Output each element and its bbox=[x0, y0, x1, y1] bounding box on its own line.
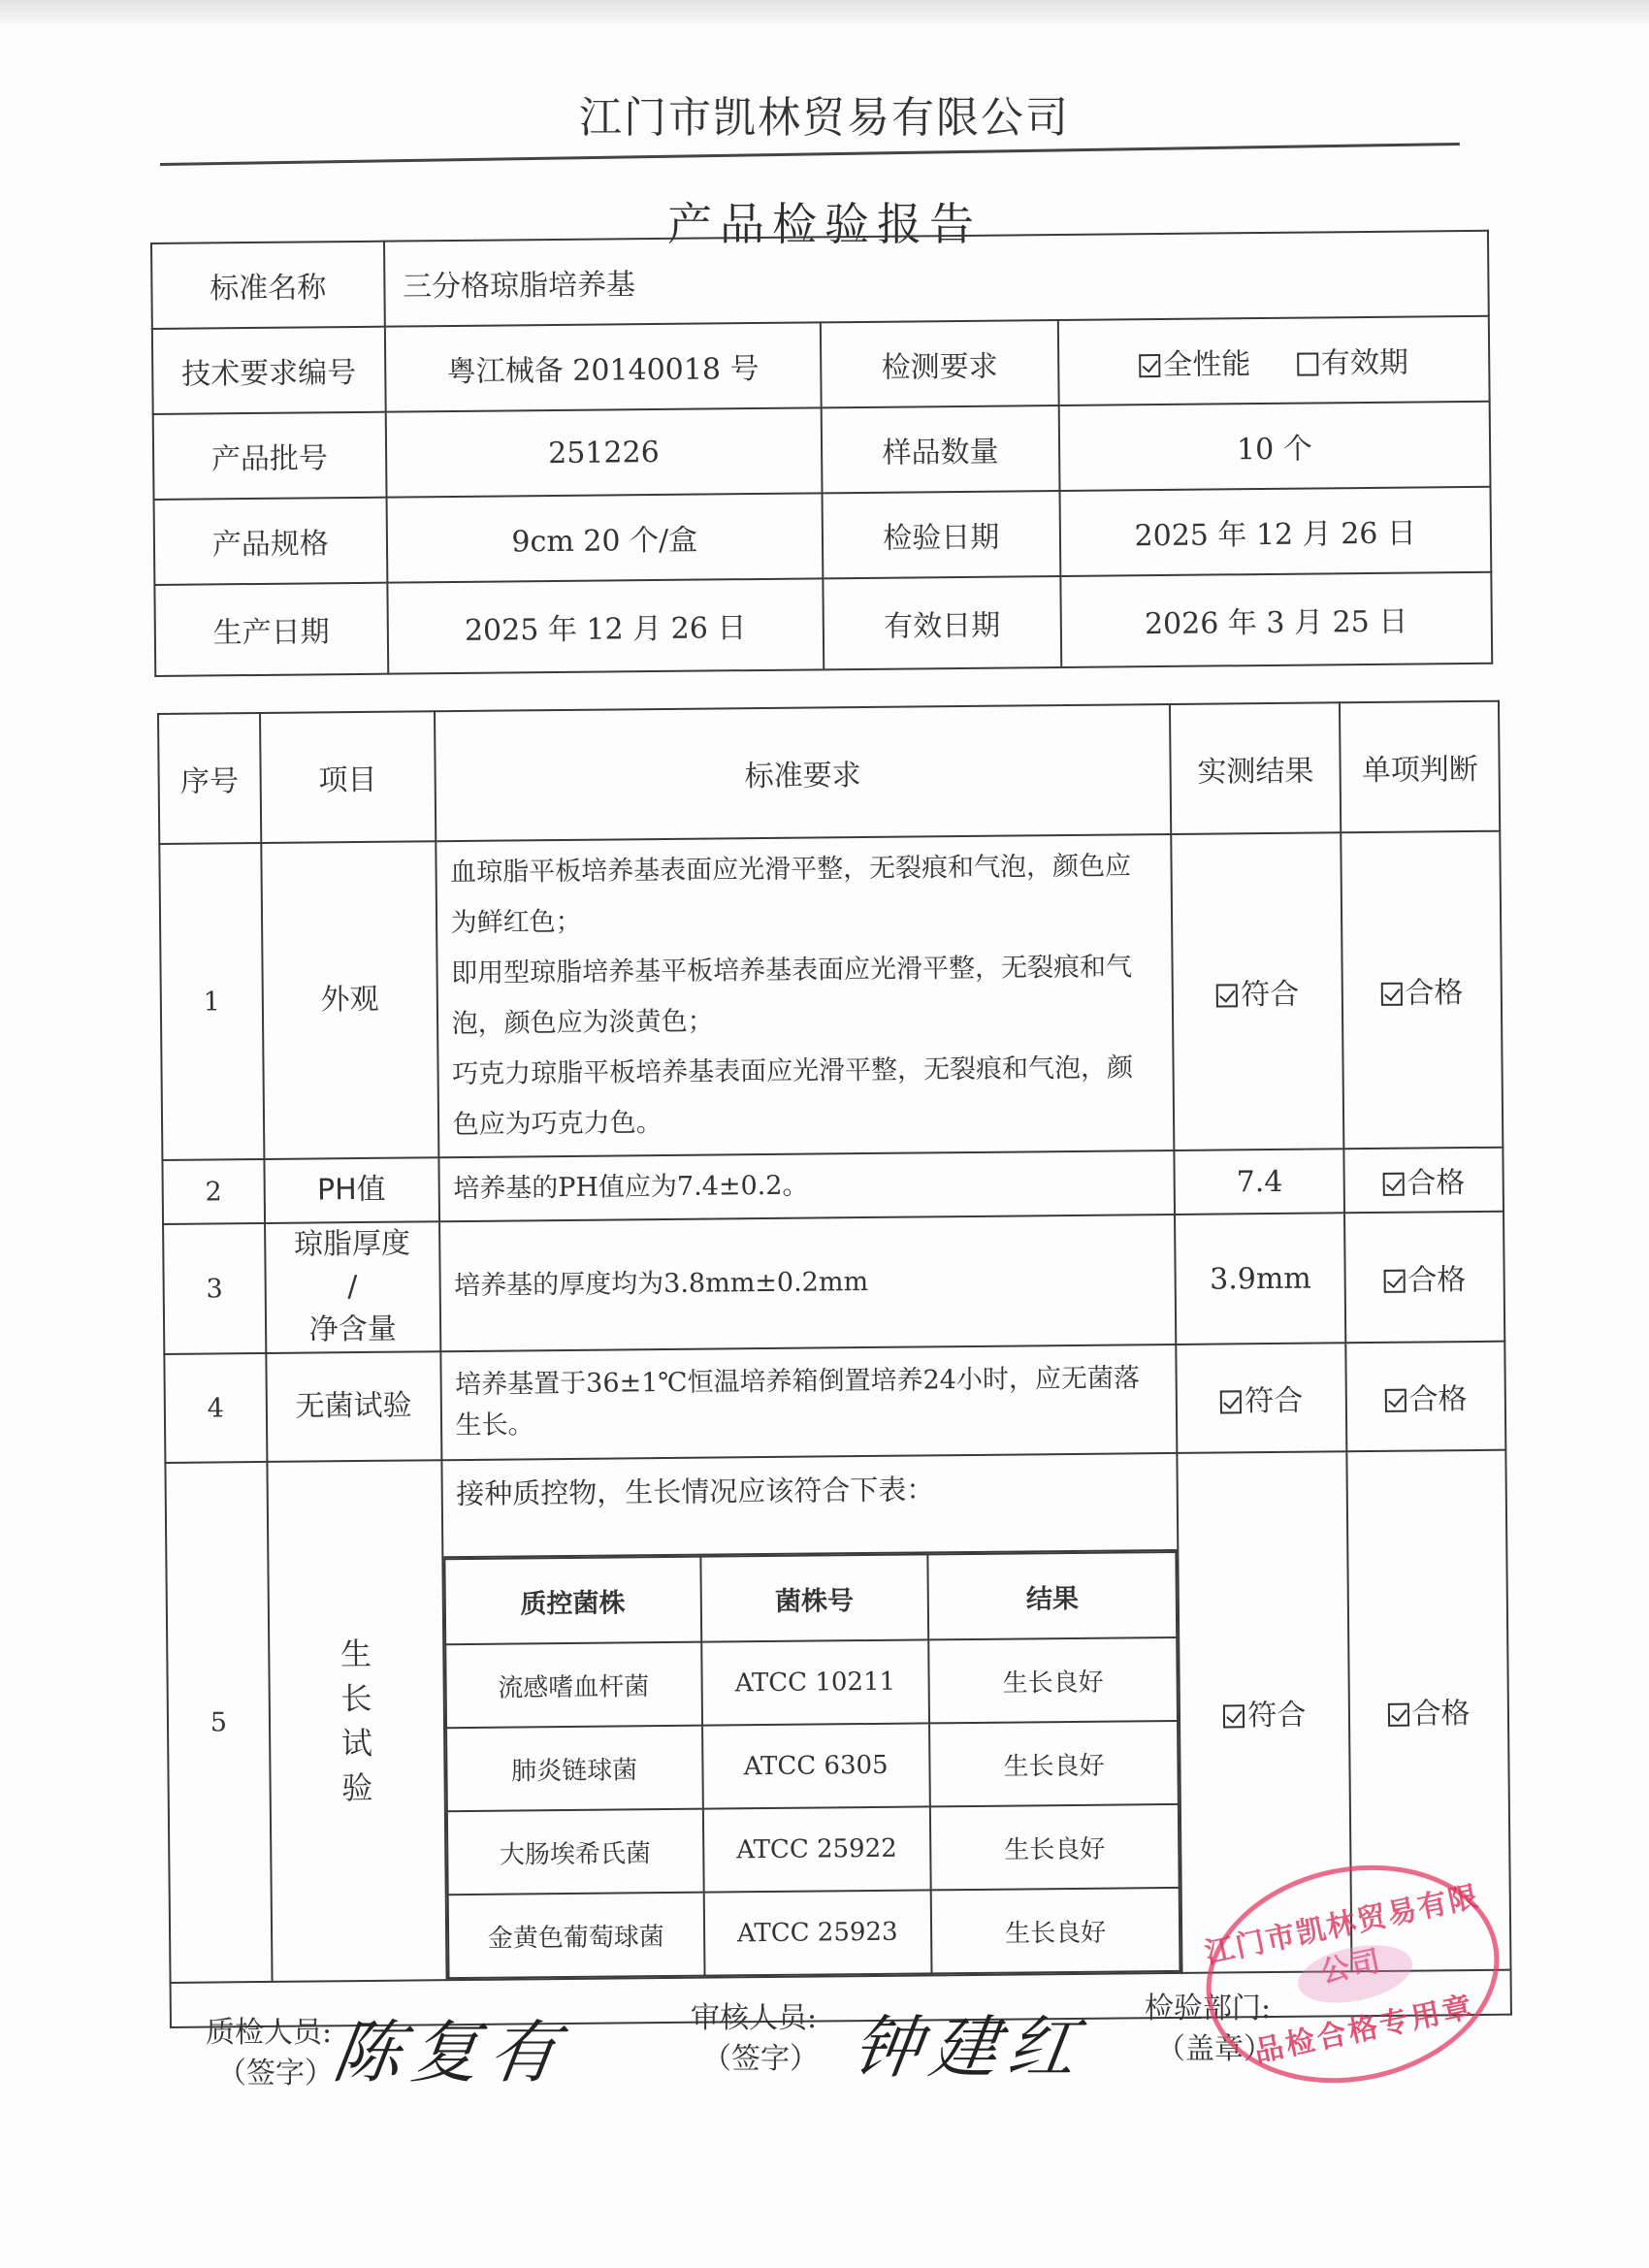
row-item: PH值 bbox=[264, 1157, 438, 1223]
inspector-sub-label: （签字） bbox=[206, 2054, 334, 2094]
inspect-date-label: 检验日期 bbox=[823, 491, 1060, 578]
table-row: 4 无菌试验 培养基置于36±1℃恒温培养箱倒置培养24小时，应无菌落生长。 符… bbox=[164, 1342, 1505, 1463]
strain-name: 肺炎链球菌 bbox=[446, 1726, 703, 1812]
expiry-value: 2026 年 3 月 25 日 bbox=[1060, 572, 1492, 667]
strain-name: 流感嗜血杆菌 bbox=[445, 1642, 702, 1729]
checkbox-checked-icon[interactable] bbox=[1382, 1173, 1404, 1196]
test-req-options: 全性能 有效期 bbox=[1057, 316, 1489, 405]
row-requirement: 血琼脂平板培养基表面应光滑平整，无裂痕和气泡，颜色应为鲜红色； 即用型琼脂培养基… bbox=[436, 834, 1175, 1157]
row-no: 1 bbox=[159, 843, 264, 1160]
company-name: 江门市凯林贸易有限公司 bbox=[0, 82, 1649, 145]
inspector-signature: 陈复有 bbox=[328, 1998, 574, 2096]
strain-result: 生长良好 bbox=[928, 1637, 1178, 1723]
row-judgement: 合格 bbox=[1341, 831, 1503, 1150]
row-requirement: 培养基的PH值应为7.4±0.2。 bbox=[438, 1150, 1175, 1221]
strain-result: 生长良好 bbox=[930, 1888, 1180, 1973]
scan-edge-shadow bbox=[0, 0, 1649, 29]
row-item: 生 长 试 验 bbox=[267, 1460, 446, 1982]
row-requirement: 培养基的厚度均为3.8mm±0.2mm bbox=[439, 1215, 1177, 1351]
validity-option[interactable]: 有效期 bbox=[1297, 346, 1408, 381]
strain-header: 结果 bbox=[927, 1552, 1178, 1639]
strain-header: 菌株号 bbox=[700, 1554, 928, 1641]
test-req-label: 检测要求 bbox=[821, 320, 1058, 407]
strain-result: 生长良好 bbox=[930, 1804, 1180, 1890]
strain-row: 金黄色葡萄球菌 ATCC 25923 生长良好 bbox=[447, 1888, 1180, 1978]
tech-no-value: 粤江械备 20140018 号 bbox=[384, 322, 821, 411]
row-item: 琼脂厚度 / 净含量 bbox=[265, 1221, 440, 1353]
row-result: 符合 bbox=[1172, 832, 1344, 1150]
strain-row: 流感嗜血杆菌 ATCC 10211 生长良好 bbox=[445, 1637, 1179, 1728]
strain-id: ATCC 25923 bbox=[703, 1890, 931, 1975]
row-judgement: 合格 bbox=[1344, 1212, 1504, 1344]
row-requirement: 培养基置于36±1℃恒温培养箱倒置培养24小时，应无菌落生长。 bbox=[440, 1345, 1178, 1460]
strain-id: ATCC 10211 bbox=[701, 1639, 929, 1725]
checkbox-checked-icon[interactable] bbox=[1384, 1389, 1406, 1412]
row-judgement: 合格 bbox=[1346, 1342, 1506, 1452]
inspector-signature-block: 质检人员: （签字） bbox=[206, 2013, 334, 2094]
standard-name-label: 标准名称 bbox=[151, 242, 384, 329]
strain-id: ATCC 6305 bbox=[702, 1723, 930, 1808]
strain-header-row: 质控菌株 菌株号 结果 bbox=[444, 1552, 1178, 1644]
header-result: 实测结果 bbox=[1170, 702, 1341, 834]
batch-value: 251226 bbox=[385, 407, 822, 497]
row-item: 外观 bbox=[261, 841, 438, 1159]
header-no: 序号 bbox=[158, 713, 261, 844]
product-info-table: 标准名称 三分格琼脂培养基 技术要求编号 粤江械备 20140018 号 检测要… bbox=[150, 230, 1493, 677]
inspection-table: 序号 项目 标准要求 实测结果 单项判断 1 外观 血琼脂平板培养基表面应光滑平… bbox=[157, 700, 1512, 2028]
checkbox-checked-icon[interactable] bbox=[1139, 354, 1160, 377]
checkbox-checked-icon[interactable] bbox=[1223, 1704, 1245, 1728]
spec-value: 9cm 20 个/盒 bbox=[386, 493, 823, 582]
reviewer-label: 审核人员: bbox=[691, 2001, 817, 2035]
row-no: 3 bbox=[163, 1223, 266, 1354]
strain-result: 生长良好 bbox=[929, 1721, 1179, 1806]
header-requirement: 标准要求 bbox=[435, 704, 1172, 841]
row-no: 2 bbox=[162, 1159, 264, 1224]
table-header-row: 序号 项目 标准要求 实测结果 单项判断 bbox=[158, 701, 1500, 844]
full-performance-option[interactable]: 全性能 bbox=[1139, 347, 1250, 382]
strain-name: 大肠埃希氏菌 bbox=[446, 1809, 703, 1895]
inspector-label: 质检人员: bbox=[206, 2016, 332, 2050]
tech-no-label: 技术要求编号 bbox=[152, 327, 385, 414]
reviewer-signature-block: 审核人员: （签字） bbox=[691, 1998, 819, 2080]
expiry-label: 有效日期 bbox=[823, 576, 1060, 669]
checkbox-checked-icon[interactable] bbox=[1383, 1270, 1405, 1293]
strain-intro: 接种质控物，生长情况应该符合下表： bbox=[442, 1454, 1178, 1558]
checkbox-checked-icon[interactable] bbox=[1380, 983, 1402, 1006]
strain-header: 质控菌株 bbox=[444, 1557, 701, 1645]
table-row: 3 琼脂厚度 / 净含量 培养基的厚度均为3.8mm±0.2mm 3.9mm 合… bbox=[163, 1212, 1504, 1354]
strain-row: 大肠埃希氏菌 ATCC 25922 生长良好 bbox=[446, 1804, 1180, 1895]
header-item: 项目 bbox=[260, 711, 436, 843]
checkbox-unchecked-icon[interactable] bbox=[1297, 352, 1318, 375]
strain-id: ATCC 25922 bbox=[703, 1806, 931, 1892]
batch-label: 产品批号 bbox=[153, 412, 386, 500]
prod-date-value: 2025 年 12 月 26 日 bbox=[387, 578, 824, 673]
strain-table: 质控菌株 菌株号 结果 流感嗜血杆菌 ATCC 10211 生长良好 肺炎链球菌… bbox=[443, 1551, 1181, 1979]
row-judgement: 合格 bbox=[1344, 1148, 1503, 1214]
row-item: 无菌试验 bbox=[266, 1351, 441, 1462]
header-judgement: 单项判断 bbox=[1340, 701, 1500, 833]
row-result: 7.4 bbox=[1175, 1149, 1344, 1215]
checkbox-checked-icon[interactable] bbox=[1220, 1390, 1242, 1413]
row-no: 4 bbox=[164, 1353, 267, 1463]
strain-row: 肺炎链球菌 ATCC 6305 生长良好 bbox=[446, 1721, 1180, 1811]
row-result: 符合 bbox=[1177, 1343, 1347, 1453]
reviewer-signature: 钟建红 bbox=[847, 1993, 1093, 2091]
inspect-date-value: 2025 年 12 月 26 日 bbox=[1059, 487, 1491, 576]
row-requirement: 接种质控物，生长情况应该符合下表： 质控菌株 菌株号 结果 流感嗜血杆菌 ATC… bbox=[441, 1453, 1182, 1980]
row-no: 5 bbox=[165, 1462, 272, 1983]
strain-name: 金黄色葡萄球菌 bbox=[447, 1893, 704, 1979]
spec-label: 产品规格 bbox=[154, 498, 387, 585]
checkbox-checked-icon[interactable] bbox=[1216, 984, 1238, 1007]
row-result: 3.9mm bbox=[1175, 1213, 1345, 1345]
checkbox-checked-icon[interactable] bbox=[1387, 1703, 1408, 1727]
header-divider bbox=[160, 143, 1460, 166]
prod-date-label: 生产日期 bbox=[154, 583, 388, 676]
reviewer-sub-label: （签字） bbox=[691, 2039, 819, 2080]
standard-name-value: 三分格琼脂培养基 bbox=[384, 231, 1489, 327]
table-row: 1 外观 血琼脂平板培养基表面应光滑平整，无裂痕和气泡，颜色应为鲜红色； 即用型… bbox=[159, 831, 1503, 1160]
sample-qty-label: 样品数量 bbox=[822, 405, 1059, 493]
sample-qty-value: 10 个 bbox=[1058, 402, 1490, 491]
